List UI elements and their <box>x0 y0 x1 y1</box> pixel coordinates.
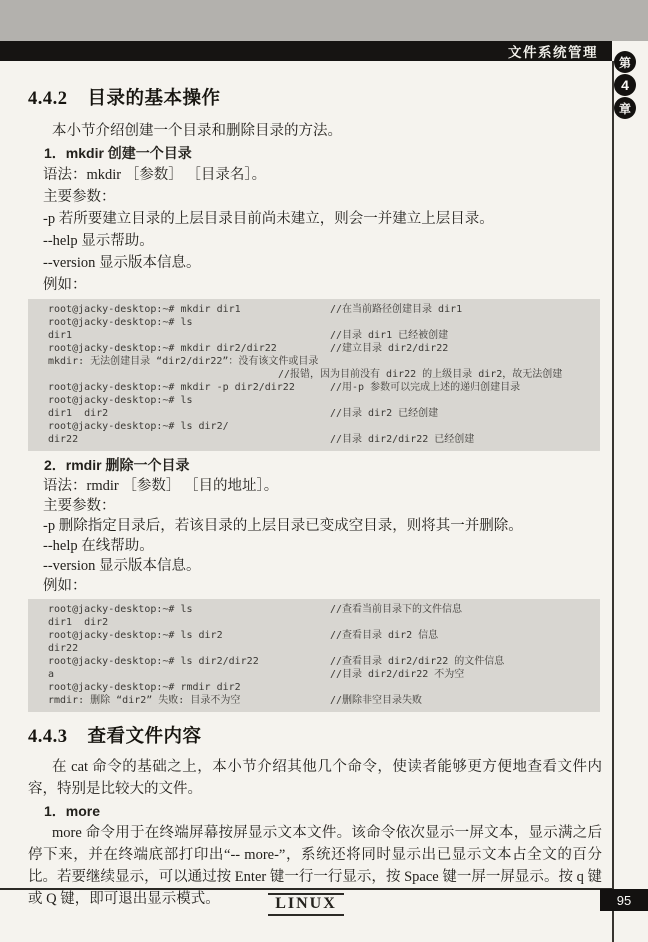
page-right-rule <box>612 61 614 942</box>
terminal-line: root@jacky-desktop:~# ls dir2//查看目录 dir2… <box>48 629 596 642</box>
terminal-comment-text: //查看目录 dir2/dir22 的文件信息 <box>330 655 504 668</box>
section-number: 4.4.3 <box>28 727 68 747</box>
terminal-command-text: root@jacky-desktop:~# ls <box>48 394 330 407</box>
terminal-command-text: root@jacky-desktop:~# mkdir dir2/dir22 <box>48 342 330 355</box>
terminal-line: mkdir: 无法创建目录 “dir2/dir22”：没有该文件或目录 <box>48 355 596 368</box>
header-bar: 文件系统管理 <box>0 41 612 61</box>
terminal-line: dir22//目录 dir2/dir22 已经创建 <box>48 433 596 446</box>
rmdir-syntax: 语法：rmdir ［参数］ ［目的地址］。 <box>28 476 602 496</box>
terminal-line: root@jacky-desktop:~# ls dir2/ <box>48 420 596 433</box>
terminal-comment-text: //查看目录 dir2 信息 <box>330 629 438 642</box>
terminal-comment-text: //目录 dir2/dir22 已经创建 <box>330 433 474 446</box>
terminal-command-text: root@jacky-desktop:~# ls <box>48 316 330 329</box>
terminal-line: dir22 <box>48 642 596 655</box>
section-title: 查看文件内容 <box>88 725 202 746</box>
terminal-command-text: root@jacky-desktop:~# ls dir2/ <box>48 420 330 433</box>
chapter-tab: 第 4 章 <box>614 51 638 119</box>
terminal-line: root@jacky-desktop:~# mkdir dir2/dir22//… <box>48 342 596 355</box>
terminal-line: //报错，因为目前没有 dir22 的上级目录 dir2，故无法创建 <box>48 368 596 381</box>
terminal-comment-text: //报错，因为目前没有 dir22 的上级目录 dir2，故无法创建 <box>278 368 562 381</box>
terminal-comment-text: //用-p 参数可以完成上述的递归创建目录 <box>330 381 520 394</box>
section-heading-442: 4.4.2目录的基本操作 <box>28 84 602 110</box>
mkdir-example-label: 例如： <box>28 274 602 296</box>
rmdir-example-label: 例如： <box>28 576 602 596</box>
terminal-command-text <box>48 368 278 381</box>
terminal-command-text: rmdir: 删除 “dir2” 失败: 目录不为空 <box>48 694 330 707</box>
mkdir-syntax: 语法：mkdir ［参数］ ［目录名］。 <box>28 164 602 186</box>
terminal-line: root@jacky-desktop:~# ls dir2/dir22//查看目… <box>48 655 596 668</box>
terminal-command-text: dir1 dir2 <box>48 407 330 420</box>
section-title: 目录的基本操作 <box>88 87 221 108</box>
footer-rule <box>0 888 612 890</box>
terminal-command-text: dir1 <box>48 329 330 342</box>
subheading-rmdir: 2．rmdir 删除一个目录 <box>28 454 602 476</box>
subheading-mkdir: 1．mkdir 创建一个目录 <box>28 142 602 164</box>
mkdir-param-version: --version 显示版本信息。 <box>28 252 602 274</box>
terminal-command-text: root@jacky-desktop:~# mkdir -p dir2/dir2… <box>48 381 330 394</box>
terminal-line: root@jacky-desktop:~# mkdir dir1//在当前路径创… <box>48 303 596 316</box>
terminal-comment-text: //查看当前目录下的文件信息 <box>330 603 462 616</box>
terminal-command-text: root@jacky-desktop:~# mkdir dir1 <box>48 303 330 316</box>
terminal-command-text: dir22 <box>48 642 330 655</box>
terminal-line: root@jacky-desktop:~# ls//查看当前目录下的文件信息 <box>48 603 596 616</box>
terminal-comment-text: //目录 dir2/dir22 不为空 <box>330 668 464 681</box>
terminal-line: root@jacky-desktop:~# rmdir dir2 <box>48 681 596 694</box>
terminal-line: rmdir: 删除 “dir2” 失败: 目录不为空//删除非空目录失败 <box>48 694 596 707</box>
terminal-line: root@jacky-desktop:~# mkdir -p dir2/dir2… <box>48 381 596 394</box>
intro-paragraph-442: 本小节介绍创建一个目录和删除目录的方法。 <box>28 120 602 142</box>
terminal-line: root@jacky-desktop:~# ls <box>48 394 596 407</box>
rmdir-params-label: 主要参数： <box>28 496 602 516</box>
terminal-command-text: root@jacky-desktop:~# ls dir2/dir22 <box>48 655 330 668</box>
terminal-comment-text: //建立目录 dir2/dir22 <box>330 342 448 355</box>
terminal-comment-text: //在当前路径创建目录 dir1 <box>330 303 462 316</box>
terminal-line: root@jacky-desktop:~# ls <box>48 316 596 329</box>
terminal-command-text: dir1 dir2 <box>48 616 330 629</box>
running-header-title: 文件系统管理 <box>508 41 598 61</box>
rmdir-param-p: -p 删除指定目录后，若该目录的上层目录已变成空目录，则将其一并删除。 <box>28 516 602 536</box>
terminal-comment-text: //目录 dir2 已经创建 <box>330 407 438 420</box>
section-number: 4.4.2 <box>28 89 68 109</box>
terminal-line: dir1 dir2 <box>48 616 596 629</box>
chapter-badge-di: 第 <box>614 51 636 73</box>
footer-logo: LINUX <box>0 893 612 916</box>
terminal-command-text: mkdir: 无法创建目录 “dir2/dir22”：没有该文件或目录 <box>48 355 330 368</box>
terminal-line: dir1//目录 dir1 已经被创建 <box>48 329 596 342</box>
terminal-line: dir1 dir2//目录 dir2 已经创建 <box>48 407 596 420</box>
terminal-line: a//目录 dir2/dir22 不为空 <box>48 668 596 681</box>
terminal-command-text: root@jacky-desktop:~# ls <box>48 603 330 616</box>
chapter-badge-number: 4 <box>614 74 636 96</box>
terminal-command-text: a <box>48 668 330 681</box>
terminal-command-text: dir22 <box>48 433 330 446</box>
page-number-badge: 95 <box>600 889 648 911</box>
mkdir-params-label: 主要参数： <box>28 186 602 208</box>
rmdir-param-help: --help 在线帮助。 <box>28 536 602 556</box>
subheading-more: 1．more <box>28 800 602 822</box>
mkdir-param-help: --help 显示帮助。 <box>28 230 602 252</box>
terminal-command-text: root@jacky-desktop:~# rmdir dir2 <box>48 681 330 694</box>
intro-paragraph-443: 在 cat 命令的基础之上，本小节介绍其他几个命令，使读者能够更方便地查看文件内… <box>28 756 602 800</box>
terminal-comment-text: //目录 dir1 已经被创建 <box>330 329 448 342</box>
mkdir-param-p: -p 若所要建立目录的上层目录目前尚未建立，则会一并建立上层目录。 <box>28 208 602 230</box>
section-heading-443: 4.4.3查看文件内容 <box>28 722 602 748</box>
linux-logo: LINUX <box>268 893 344 916</box>
terminal-example-mkdir: root@jacky-desktop:~# mkdir dir1//在当前路径创… <box>28 299 600 451</box>
rmdir-param-version: --version 显示版本信息。 <box>28 556 602 576</box>
terminal-example-rmdir: root@jacky-desktop:~# ls//查看当前目录下的文件信息di… <box>28 599 600 712</box>
chapter-badge-zhang: 章 <box>614 97 636 119</box>
page-content: 4.4.2目录的基本操作 本小节介绍创建一个目录和删除目录的方法。 1．mkdi… <box>28 84 602 910</box>
terminal-comment-text: //删除非空目录失败 <box>330 694 422 707</box>
terminal-command-text: root@jacky-desktop:~# ls dir2 <box>48 629 330 642</box>
